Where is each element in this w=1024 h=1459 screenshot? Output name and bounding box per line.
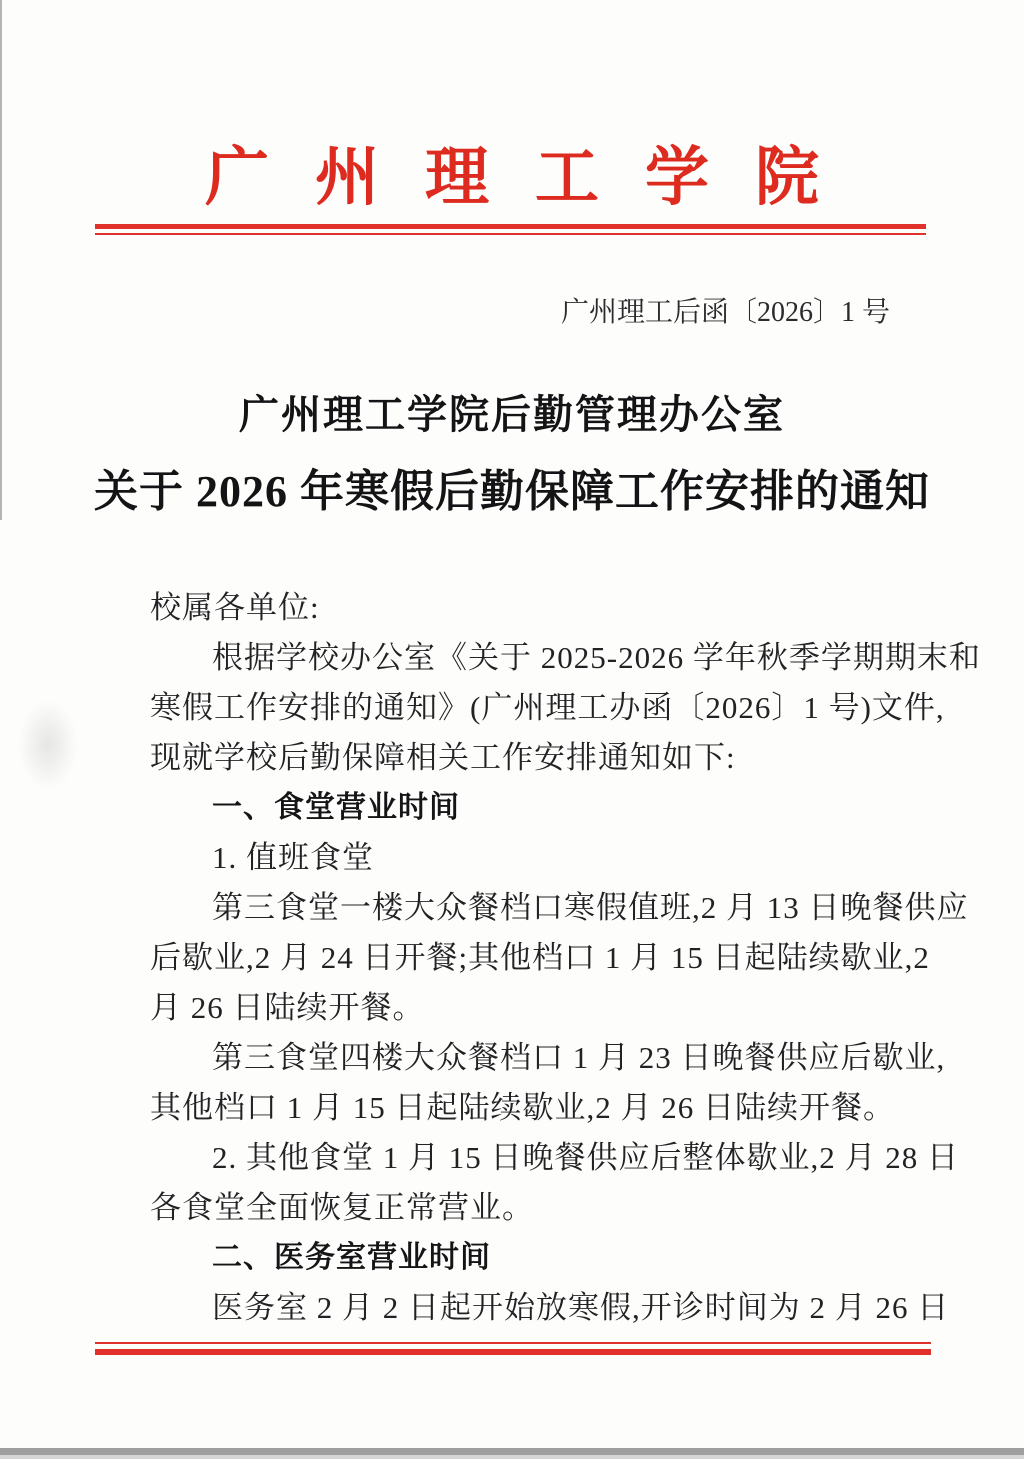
body-line: 寒假工作安排的通知》(广州理工办函〔2026〕1 号)文件, bbox=[150, 683, 940, 733]
body-line: 根据学校办公室《关于 2025-2026 学年秋季学期期末和 bbox=[150, 633, 940, 683]
section-heading-canteen: 一、食堂营业时间 bbox=[150, 783, 940, 833]
body-line: 后歇业,2 月 24 日开餐;其他档口 1 月 15 日起陆续歇业,2 bbox=[150, 933, 940, 983]
body-line: 月 26 日陆续开餐。 bbox=[150, 983, 940, 1033]
notice-title-line-2: 关于 2026 年寒假后勤保障工作安排的通知 bbox=[0, 455, 1024, 519]
section-heading-clinic: 二、医务室营业时间 bbox=[150, 1233, 940, 1283]
body-line: 各食堂全面恢复正常营业。 bbox=[150, 1183, 940, 1233]
scanned-notice-page: { "page": { "accent_red": "#dd2b1f", "ru… bbox=[0, 0, 1024, 1459]
body-line: 第三食堂一楼大众餐档口寒假值班,2 月 13 日晚餐供应 bbox=[150, 883, 940, 933]
scan-bottom-edge-artifact bbox=[0, 1448, 1024, 1455]
salutation: 校属各单位: bbox=[150, 583, 940, 633]
body-line: 第三食堂四楼大众餐档口 1 月 23 日晚餐供应后歇业, bbox=[150, 1033, 940, 1083]
document-number: 广州理工后函〔2026〕1 号 bbox=[500, 293, 890, 333]
scan-bottom-fade-artifact bbox=[0, 1455, 1024, 1459]
footer-double-rule bbox=[95, 1342, 931, 1355]
letterhead-org-name: 广州理工学院 bbox=[0, 126, 1024, 218]
notice-title-line-1: 广州理工学院后勤管理办公室 bbox=[0, 383, 1024, 440]
scan-smudge-artifact bbox=[18, 700, 78, 790]
letterhead-double-rule bbox=[95, 224, 926, 235]
body-line: 医务室 2 月 2 日起开始放寒假,开诊时间为 2 月 26 日 bbox=[150, 1283, 940, 1333]
body-line: 2. 其他食堂 1 月 15 日晚餐供应后整体歇业,2 月 28 日 bbox=[150, 1133, 940, 1183]
body-line: 其他档口 1 月 15 日起陆续歇业,2 月 26 日陆续开餐。 bbox=[150, 1083, 940, 1133]
notice-body: 校属各单位: 根据学校办公室《关于 2025-2026 学年秋季学期期末和 寒假… bbox=[150, 583, 940, 1333]
body-line: 1. 值班食堂 bbox=[150, 833, 940, 883]
scan-left-edge-artifact bbox=[0, 0, 2, 520]
body-line: 现就学校后勤保障相关工作安排通知如下: bbox=[150, 733, 940, 783]
